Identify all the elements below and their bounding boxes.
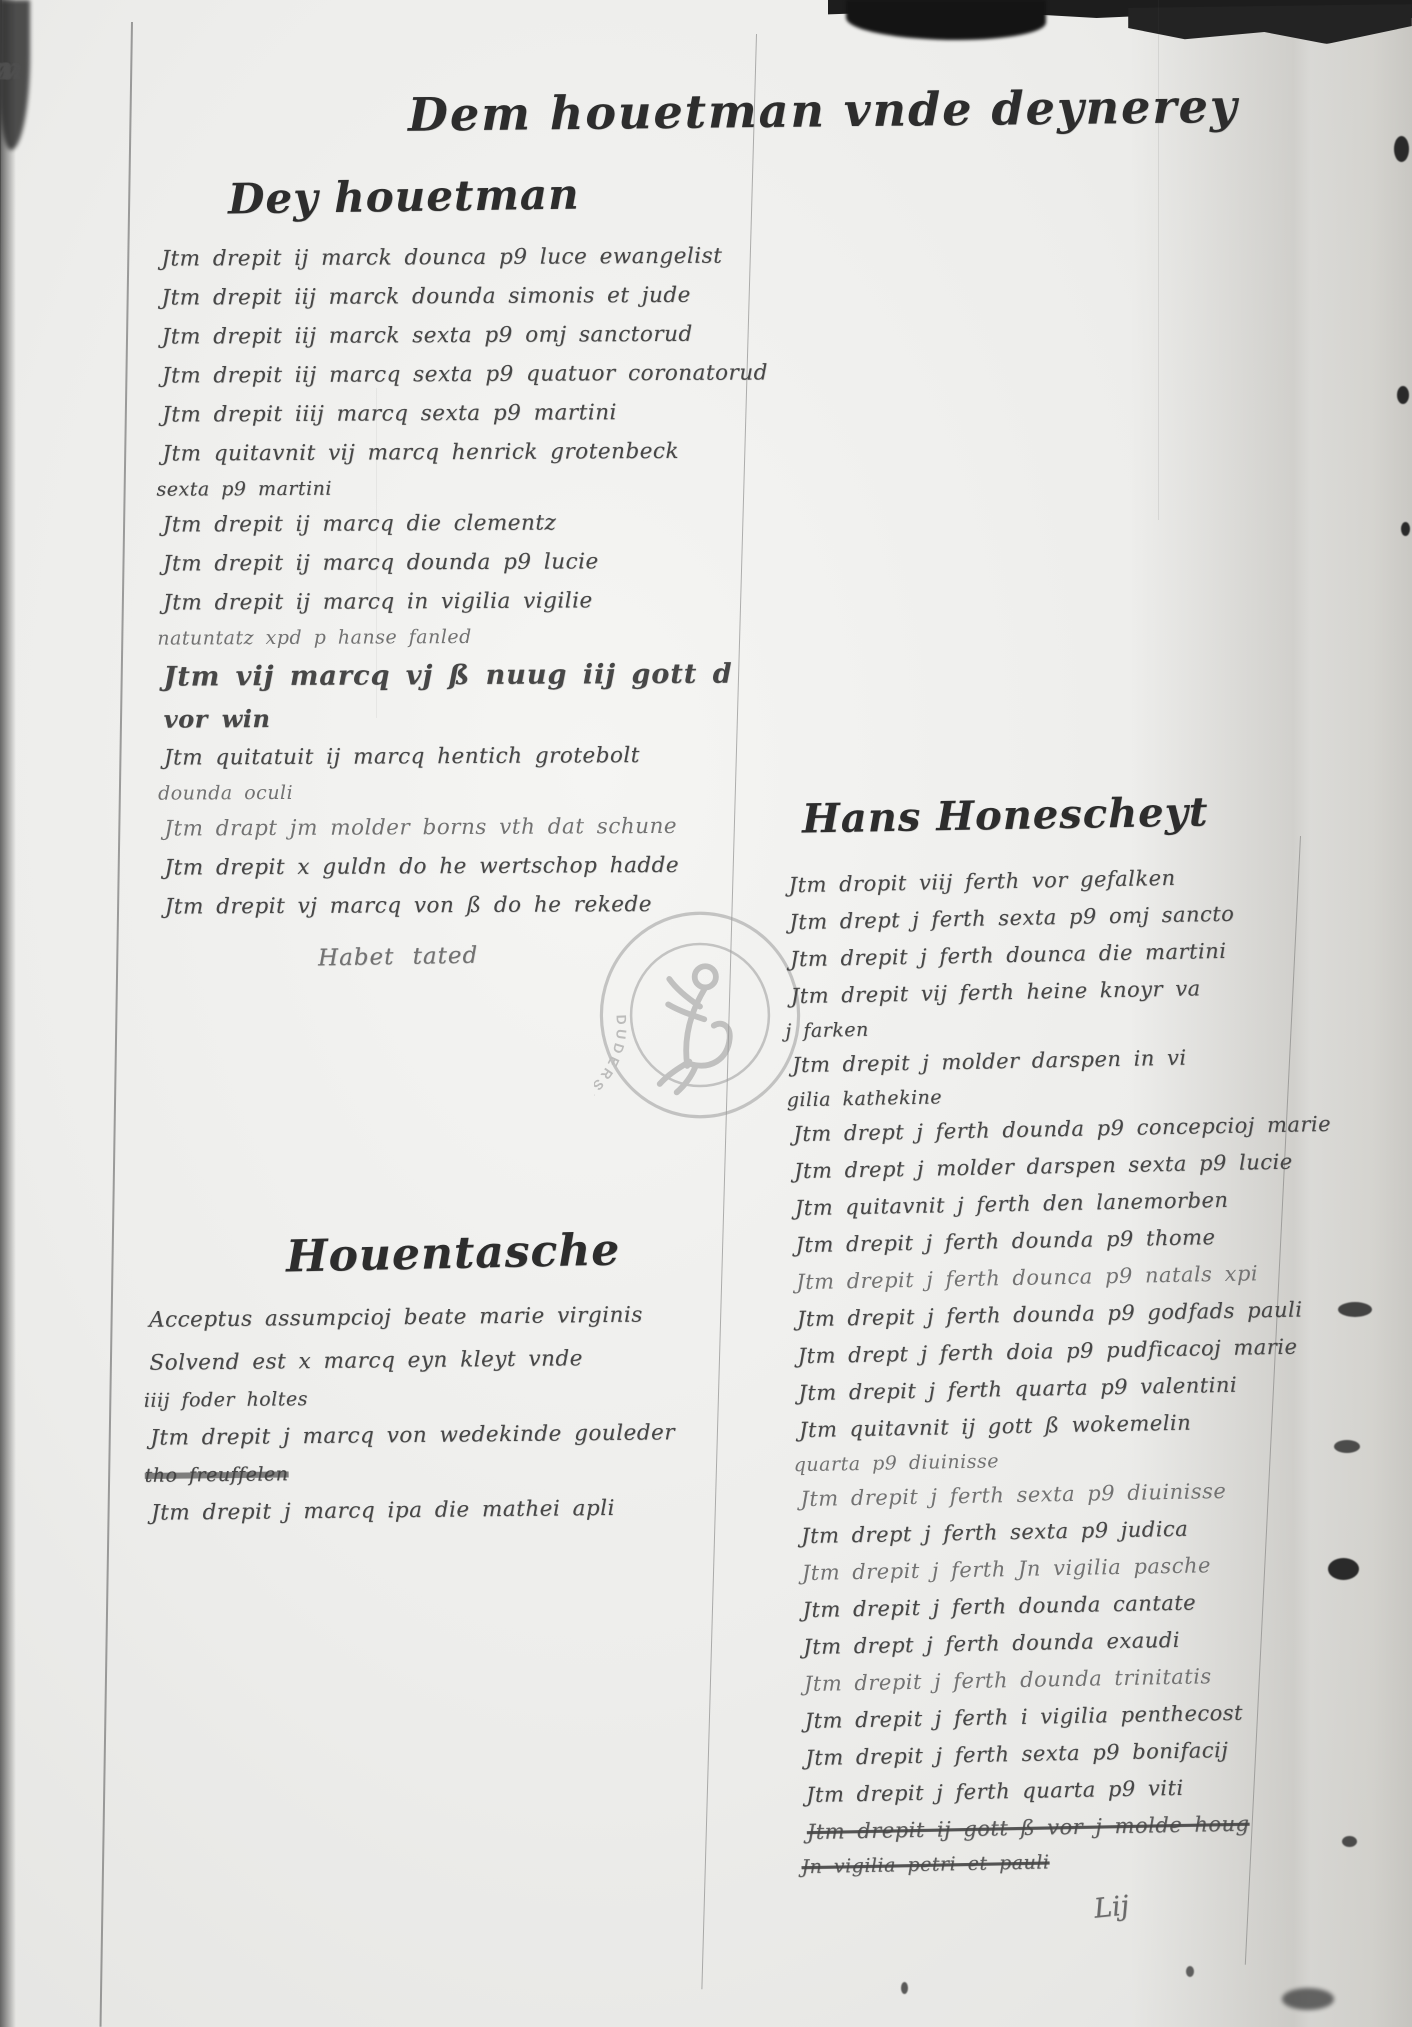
ledger-entry: Jtm drepit j marcq von wedekinde goulede… bbox=[150, 1411, 675, 1459]
ledger-entry: Jtm quitatuit ij marcq hentich grotebolt bbox=[164, 735, 770, 777]
ledger-entry: vor win bbox=[164, 697, 770, 738]
page-title: Dem houetman vnde deynerey bbox=[408, 80, 1115, 141]
ledger-entry: Jtm drepit iij marck dounda simonis et j… bbox=[161, 275, 767, 317]
section2-entry-list: Acceptus assumpcioj beate marie virginis… bbox=[149, 1293, 676, 1534]
ledger-entry: Jtm quitavnit vij marcq henrick grotenbe… bbox=[162, 431, 768, 473]
margin-ink-fragment: w bbox=[0, 52, 17, 87]
left-column-entry-list: Jtm drepit ij marck dounca p9 luce ewang… bbox=[161, 236, 771, 926]
left-binding-edge bbox=[0, 0, 16, 2027]
ink-stain bbox=[1394, 136, 1409, 162]
ledger-entry: Jtm drepit iij marck sexta p9 omj sancto… bbox=[162, 314, 768, 356]
ledger-entry: natuntatz xpd p hanse fanled bbox=[157, 619, 769, 654]
ink-stain bbox=[1186, 1966, 1194, 1977]
left-margin-rule-line bbox=[100, 22, 133, 2027]
left-column-heading: Dey houetman bbox=[228, 170, 580, 224]
tail-mark: Lij bbox=[1092, 1890, 1130, 1924]
top-ink-blob bbox=[846, 0, 1046, 40]
seal-legend-text: DUDERSTADIENSIS ✠ SECRETUM CIVITATIS bbox=[594, 929, 629, 1121]
section2-heading: Houentasche bbox=[286, 1225, 621, 1283]
ledger-entry: Jtm drepit ij marcq dounda p9 lucie bbox=[163, 541, 769, 583]
ledger-entry: sexta p9 martini bbox=[156, 470, 768, 505]
ink-stain bbox=[1338, 1302, 1372, 1317]
manuscript-page: mwonrw Dem houetman vnde deynerey Dey ho… bbox=[0, 0, 1412, 2027]
city-seal-stamp: DUDERSTADIENSIS ✠ SECRETUM CIVITATIS bbox=[594, 908, 806, 1122]
ledger-entry: Jtm drepit ij marcq die clementz bbox=[163, 502, 769, 544]
ledger-entry: Jtm drepit ij marcq in vigilia vigilie bbox=[163, 580, 769, 622]
right-column-entry-list: Jtm dropit viij ferth vor gefalkenJtm dr… bbox=[788, 857, 1345, 1883]
faint-right-rule-line bbox=[1158, 0, 1159, 520]
ledger-entry: dounda oculi bbox=[158, 774, 770, 809]
ink-stain bbox=[1334, 1440, 1360, 1453]
ink-stain bbox=[901, 1982, 908, 1994]
ledger-entry: Jtm drepit ij marck dounca p9 luce ewang… bbox=[161, 236, 767, 278]
lion-rampant-icon bbox=[660, 966, 730, 1092]
bottom-right-stain bbox=[1282, 1988, 1334, 2010]
ledger-entry: Jtm drepit iij marcq sexta p9 quatuor co… bbox=[162, 353, 768, 395]
ledger-entry: Jtm drepit j marcq ipa die mathei apli bbox=[151, 1486, 676, 1534]
ink-stain bbox=[1397, 386, 1409, 404]
ledger-entry: Acceptus assumpcioj beate marie virginis bbox=[149, 1293, 674, 1341]
ink-stain bbox=[1401, 522, 1410, 536]
ledger-entry: Jtm drapt jm molder borns vth dat schune bbox=[164, 806, 770, 848]
ledger-entry: Jtm drepit x guldn do he wertschop hadde bbox=[164, 845, 770, 887]
ledger-entry: Solvend est x marcq eyn kleyt vnde bbox=[149, 1336, 674, 1384]
habet-note: Habet tated bbox=[318, 943, 479, 972]
ledger-entry: Jtm drepit iiij marcq sexta p9 martini bbox=[162, 392, 768, 434]
ledger-entry: Jtm vij marcq vj ß nuug iij gott d bbox=[163, 651, 769, 700]
right-column-heading: Hans Honescheyt bbox=[802, 788, 1209, 842]
